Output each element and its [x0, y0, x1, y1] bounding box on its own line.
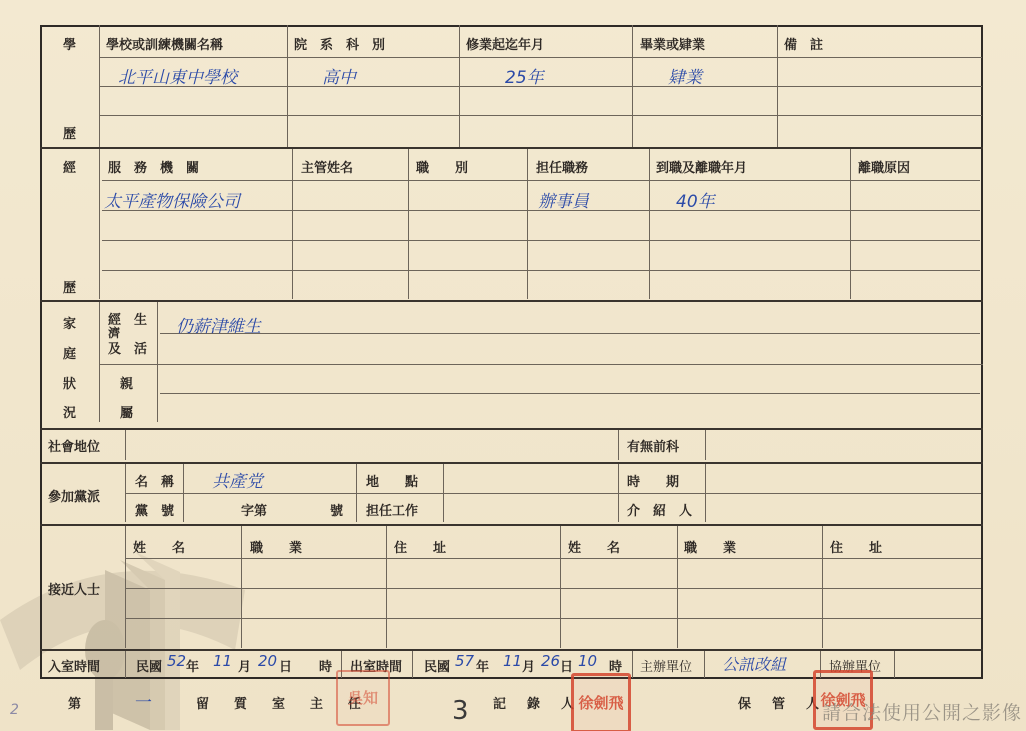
family-label-4: 況 — [63, 402, 76, 421]
party-period-label: 時 期 — [627, 471, 699, 490]
education-school-value: 北平山東中學校 — [118, 63, 237, 88]
entry-prefix: 民國 — [136, 656, 162, 675]
supervisor-seal: 吳知 — [336, 670, 390, 726]
education-header-note: 備 註 — [784, 34, 823, 53]
experience-header-supervisor: 主管姓名 — [301, 157, 403, 176]
education-period-value: 25年 — [505, 63, 544, 88]
number-label: 第 — [68, 693, 81, 712]
contacts-header-occupation-2: 職 業 — [684, 537, 816, 556]
entry-day: 20 — [258, 652, 277, 670]
exit-prefix: 民國 — [424, 656, 450, 675]
entry-hour-unit: 時 — [319, 656, 332, 675]
party-role-label: 担任工作 — [366, 500, 418, 519]
livelihood-label-bottom: 及 活 — [108, 338, 147, 357]
education-label-bottom: 歷 — [63, 123, 76, 142]
experience-header-organization: 服 務 機 關 — [108, 157, 286, 176]
entry-year: 52 — [167, 652, 186, 670]
experience-header-duty: 担任職務 — [536, 157, 644, 176]
party-location-label: 地 點 — [366, 471, 436, 490]
exit-year-unit: 年 — [476, 656, 489, 675]
relatives-label-bottom: 屬 — [120, 402, 133, 421]
entry-day-unit: 日 — [279, 656, 292, 675]
livelihood-value: 仍薪津維生 — [176, 312, 261, 337]
experience-dates-value: 40年 — [676, 187, 715, 212]
experience-organization-value: 太平產物保險公司 — [104, 187, 240, 212]
entry-month-unit: 月 — [238, 656, 251, 675]
experience-label-bottom: 歷 — [63, 277, 76, 296]
family-label-2: 庭 — [63, 343, 76, 362]
entry-year-unit: 年 — [186, 656, 199, 675]
education-status-value: 肄業 — [668, 63, 702, 88]
experience-duty-value: 辦事員 — [538, 187, 589, 212]
family-label-3: 狀 — [63, 373, 76, 392]
recorder-mark: 3 — [452, 696, 469, 726]
contacts-header-occupation-1: 職 業 — [250, 537, 380, 556]
entry-month: 11 — [213, 652, 232, 670]
keeper-label: 保 管 人 — [738, 693, 823, 712]
education-header-status: 畢業或肄業 — [640, 34, 774, 53]
contacts-header-name-1: 姓 名 — [133, 537, 235, 556]
relatives-label-top: 親 — [120, 373, 133, 392]
family-label-1: 家 — [63, 313, 76, 332]
contacts-header-address-1: 住 址 — [394, 537, 554, 556]
experience-header-dates: 到職及離職年月 — [656, 157, 844, 176]
exit-month-unit: 月 — [522, 656, 535, 675]
party-name-value: 共產党 — [212, 467, 263, 492]
exit-day-unit: 日 — [560, 656, 573, 675]
margin-mark: 2 — [10, 702, 19, 718]
number-value: 一 — [135, 688, 152, 713]
education-header-school: 學校或訓練機關名稱 — [106, 34, 281, 53]
main-unit-label: 主辦單位 — [640, 656, 692, 675]
usage-watermark: 請合法使用公開之影像 — [822, 698, 1022, 725]
exit-month: 11 — [503, 652, 522, 670]
party-number-label: 黨 號 — [135, 500, 174, 519]
exit-year: 57 — [455, 652, 474, 670]
experience-label-top: 經 — [63, 157, 76, 176]
party-number-middle: 字第 — [241, 500, 267, 519]
contacts-label: 接近人士 — [48, 579, 100, 598]
entry-time-label: 入室時間 — [48, 656, 100, 675]
contacts-header-name-2: 姓 名 — [568, 537, 671, 556]
party-number-suffix: 號 — [330, 500, 343, 519]
recorder-label: 記 錄 人 — [493, 693, 578, 712]
social-status-label: 社會地位 — [48, 436, 100, 455]
party-label: 參加黨派 — [48, 486, 100, 505]
exit-day: 26 — [541, 652, 560, 670]
document-page: 學 歷 學校或訓練機關名稱 院 系 科 別 修業起迄年月 畢業或肄業 備 註 北… — [0, 0, 1026, 731]
party-introducer-label: 介 紹 人 — [627, 500, 692, 519]
experience-header-title: 職 別 — [416, 157, 522, 176]
education-department-value: 高中 — [322, 63, 356, 88]
education-label-top: 學 — [63, 34, 76, 53]
exit-hour: 10 — [578, 652, 597, 670]
criminal-record-label: 有無前科 — [627, 436, 679, 455]
education-header-period: 修業起迄年月 — [466, 34, 628, 53]
party-name-label: 名 稱 — [135, 471, 174, 490]
experience-header-reason: 離職原因 — [858, 157, 976, 176]
recorder-seal: 徐劍飛 — [571, 673, 631, 731]
contacts-header-address-2: 住 址 — [830, 537, 976, 556]
form-frame — [40, 25, 983, 679]
main-unit-value: 公訊改組 — [722, 652, 786, 675]
education-header-department: 院 系 科 別 — [294, 34, 454, 53]
